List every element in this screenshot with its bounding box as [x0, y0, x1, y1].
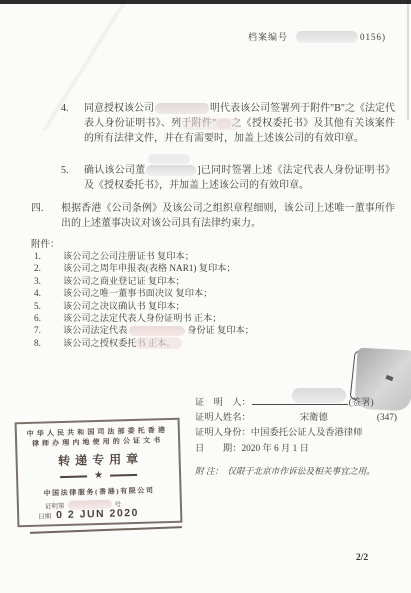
- attachment-number: 4.: [34, 287, 63, 299]
- divider-dash: [110, 474, 137, 476]
- date-row: 日 期： 2020 年 6 月 1 日: [195, 442, 397, 457]
- divider-dash: [60, 476, 87, 478]
- attachment-text: 该公司之法定代表人身份证明书 正本；: [63, 312, 221, 324]
- signer-row: 证 明 人： (签署): [195, 394, 397, 411]
- identity-label: 证明人身份：: [195, 426, 251, 441]
- attachment-item: 6. 该公司之法定代表人身份证明书 正本；: [34, 312, 394, 324]
- signer-suffix: (签署): [349, 396, 374, 411]
- file-number-line: 档案编号 0156): [248, 30, 386, 43]
- redaction-blob: [146, 165, 196, 176]
- attachment-item: 7. 该公司法定代表身份证 复印本；: [34, 324, 394, 336]
- attachment-item: 2. 该公司之周年申报表(表格 NAR1) 复印本；: [34, 262, 394, 274]
- redaction-blob: [155, 103, 209, 114]
- attachment-number: 3.: [34, 275, 63, 287]
- redaction-blob: [292, 388, 346, 403]
- section-item-four: 四. 根据香港《公司条例》及该公司之组织章程细则，该公司上述唯一董事所作出的上述…: [31, 201, 395, 231]
- attachment-text-segment: 该公司之授权委托: [63, 338, 137, 348]
- redaction-blob: [182, 118, 240, 130]
- section-text: 根据香港《公司条例》及该公司之组织章程细则，该公司上述唯一董事所作出的上述董事决…: [61, 201, 395, 231]
- attachment-text-segment-redacted: 书 正本。: [137, 338, 176, 348]
- page-number: 2/2: [356, 553, 368, 563]
- clause-text: 确认该公司董]已同时签署上述《法定代表人身份证明书》及《授权委托书》，并加盖上述…: [84, 163, 395, 193]
- name-row: 证明人姓名： 宋衛德 (347): [195, 411, 397, 426]
- stamp-company: 中国法律服务(香港)有限公司: [43, 485, 154, 498]
- clause-number: 5.: [61, 163, 84, 193]
- identity-row: 证明人身份： 中国委托公证人及香港律师: [195, 426, 397, 441]
- note-text: 仅限于北京市作诉讼及相关事宜之用。: [227, 464, 375, 479]
- file-number-suffix: 0156): [360, 32, 386, 42]
- stamp-title: 转递专用章: [53, 450, 143, 470]
- note-row: 附 注： 仅限于北京市作诉讼及相关事宜之用。: [195, 464, 397, 479]
- certification-block: 证 明 人： (签署) 证明人姓名： 宋衛德 (347) 证明人身份： 中国委托…: [195, 394, 397, 479]
- attachment-text: 该公司之商业登记证 复印本；: [63, 275, 185, 287]
- clause-number: 4.: [61, 101, 84, 146]
- attachment-text: 该公司之公司注册证书 复印本；: [63, 250, 194, 262]
- stamp-date-label: 日期: [38, 511, 51, 520]
- attachment-item: 5. 该公司之决议确认书 复印本；: [34, 300, 394, 312]
- attachments-title: 附件：: [31, 236, 60, 250]
- attachment-text: 该公司之决议确认书 复印本；: [63, 300, 185, 312]
- attachment-text: 该公司之周年申报表(表格 NAR1) 复印本；: [63, 262, 236, 274]
- attachment-item: 3. 该公司之商业登记证 复印本；: [34, 275, 394, 287]
- attachment-number: 2.: [34, 262, 63, 274]
- attachment-text: 该公司之授权委托书 正本。: [63, 337, 176, 349]
- attachment-item: 8. 该公司之授权委托书 正本。: [34, 337, 394, 349]
- stamp-date-value: 0 2 JUN 2020: [56, 507, 139, 521]
- certifier-identity: 中国委托公证人及香港律师: [251, 426, 363, 441]
- attachment-text-segment: 身份证 复印本；: [187, 325, 254, 335]
- certification-date: 2020 年 6 月 1 日: [242, 442, 309, 457]
- date-label: 日 期：: [195, 442, 242, 457]
- attachment-number: 5.: [34, 300, 63, 312]
- clause-item-4: 4. 同意授权该公司明代表该公司签署列于附件"B"之《法定代表人身份证明书》、列…: [61, 101, 395, 146]
- section-number: 四.: [31, 201, 61, 231]
- redaction-blob: [296, 31, 358, 43]
- clause-text-segment: 确认该公司董: [84, 165, 145, 176]
- note-label: 附 注：: [195, 464, 223, 479]
- transfer-stamp: 中华人民共和国司法部委托香港 律师办理内地使用的公证文书 转递专用章 ★ 中国法…: [15, 418, 183, 528]
- attachment-number: 6.: [34, 312, 63, 324]
- stamp-bottom-line: [30, 526, 182, 534]
- name-label: 证明人姓名：: [195, 411, 251, 426]
- clause-text: 同意授权该公司明代表该公司签署列于附件"B"之《法定代表人身份证明书》、列于附件…: [84, 101, 395, 146]
- redaction-blob: [129, 326, 185, 336]
- attachment-item: 1. 该公司之公司注册证书 复印本；: [34, 250, 394, 262]
- stamp-date-row: 日期 0 2 JUN 2020: [38, 507, 139, 522]
- notarial-document-page: 档案编号 0156) 4. 同意授权该公司明代表该公司签署列于附件"B"之《法定…: [0, 0, 411, 593]
- clause-item-5: 5. 确认该公司董]已同时签署上述《法定代表人身份证明书》及《授权委托书》，并加…: [61, 163, 395, 193]
- stamp-star-divider: ★: [60, 470, 137, 482]
- star-icon: ★: [94, 471, 103, 481]
- attachment-text-segment: 该公司法定代表: [63, 325, 127, 335]
- signer-label: 证 明 人：: [195, 396, 251, 411]
- certifier-name: 宋衛德: [251, 411, 377, 426]
- file-number-label: 档案编号: [248, 30, 288, 43]
- attachment-number: 7.: [34, 324, 63, 336]
- attachment-text: 该公司法定代表身份证 复印本；: [63, 324, 254, 336]
- signature-line: [252, 394, 348, 405]
- attachment-text: 该公司之唯一董事书面决议 复印本；: [63, 287, 212, 299]
- attachment-item: 4. 该公司之唯一董事书面决议 复印本；: [34, 287, 394, 299]
- clause-text-segment: 同意授权该公司: [84, 103, 154, 114]
- attachment-number: 1.: [34, 250, 63, 262]
- certifier-number: (347): [377, 411, 397, 426]
- attachments-list: 1. 该公司之公司注册证书 复印本； 2. 该公司之周年申报表(表格 NAR1)…: [34, 250, 394, 349]
- attachment-number: 8.: [34, 337, 63, 349]
- scan-right-edge: [407, 0, 409, 120]
